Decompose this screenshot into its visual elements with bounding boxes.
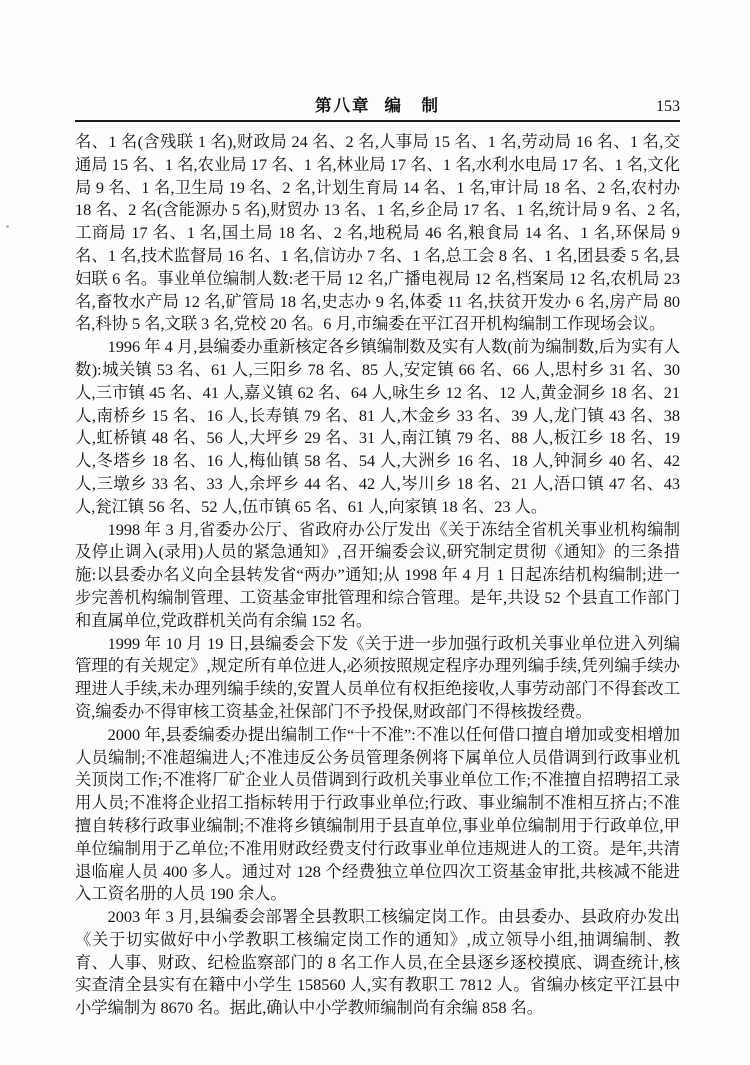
paragraph-1999: 1999 年 10 月 19 日,县编委会下发《关于进一步加强行政机关事业单位进… — [75, 633, 680, 724]
paragraph-1998: 1998 年 3 月,省委办公厅、省政府办公厅发出《关于冻结全省机关事业机构编制… — [75, 519, 680, 633]
paragraph-continuation: 名、1 名(含残联 1 名),财政局 24 名、2 名,人事局 15 名、1 名… — [75, 131, 680, 336]
running-header: 第八章编 制 153 — [75, 96, 680, 116]
paragraph-2000: 2000 年,县委编委办提出编制工作“十不准”:不准以任何借口擅自增加或变相增加… — [75, 724, 680, 906]
body-text: 名、1 名(含残联 1 名),财政局 24 名、2 名,人事局 15 名、1 名… — [75, 131, 680, 1020]
header-rule — [75, 120, 680, 122]
chapter-heading: 第八章编 制 — [315, 96, 440, 116]
paragraph-1996: 1996 年 4 月,县编委办重新核定各乡镇编制数及实有人数(前为编制数,后为实… — [75, 336, 680, 518]
page-number: 153 — [440, 97, 680, 117]
scanned-page: 第八章编 制 153 名、1 名(含残联 1 名),财政局 24 名、2 名,人… — [0, 0, 750, 1065]
chapter-number: 第八章 — [315, 96, 371, 115]
paragraph-2003: 2003 年 3 月,县编委会部署全县教职工核编定岗工作。由县委办、县政府办发出… — [75, 906, 680, 1020]
chapter-title: 编 制 — [385, 96, 441, 115]
